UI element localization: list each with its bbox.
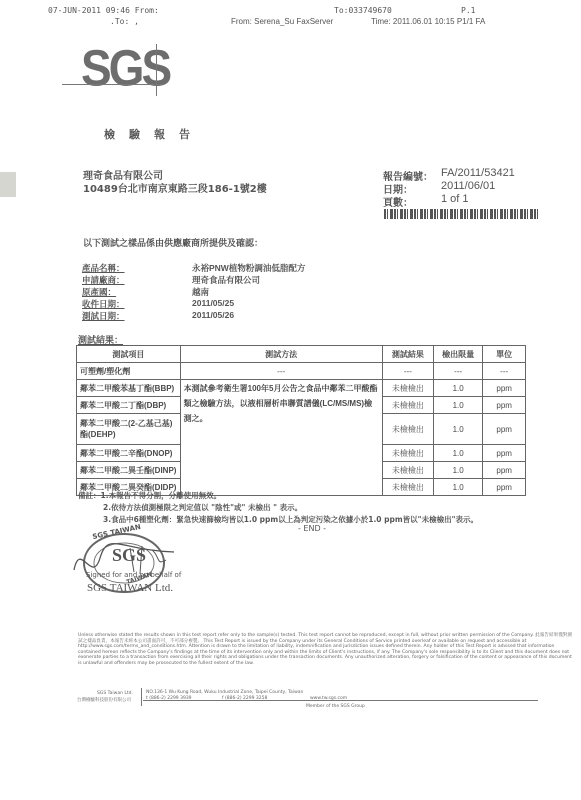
field-value-test-date: 2011/05/26 — [192, 310, 234, 320]
footer-company-en: SGS Taiwan Ltd. — [97, 691, 133, 696]
end-mark: - END - — [298, 524, 326, 533]
cell-item: 鄰苯二甲酸二(2-乙基己基)酯(DEHP) — [77, 414, 181, 445]
footer-member: Member of the SGS Group — [306, 704, 365, 709]
client-address: 10489台北市南京東路三段186-1號2樓 — [83, 180, 267, 195]
fax-page: P.1 — [461, 6, 475, 15]
fax-to-number: To:033749670 — [334, 6, 392, 15]
note-1: 備註：1.本報告不得分割，分離使用無效。 — [78, 490, 221, 501]
cell-method: --- — [180, 363, 382, 380]
header-lod: 檢出限量 — [433, 346, 482, 363]
cell-unit: ppm — [483, 397, 526, 414]
signature-company: SGS TAIWAN Ltd. — [87, 582, 173, 594]
field-value-origin: 越南 — [192, 286, 209, 298]
field-label-origin: 原產國： — [82, 286, 116, 298]
cell-item: 鄰苯二甲酸苯基丁酯(BBP) — [77, 380, 181, 397]
scan-margin-artifact — [0, 172, 16, 197]
cell-unit: ppm — [483, 462, 526, 479]
footer-address: NO.136-1 Wu Kung Road, Wuku Industrial Z… — [146, 690, 303, 695]
signed-on-behalf-text: Signed for and on behalf of — [86, 571, 181, 579]
report-pages-value: 1 of 1 — [441, 193, 469, 205]
fax-sent-line: 07-JUN-2011 09:46 From: — [48, 6, 159, 15]
cell-unit: ppm — [483, 414, 526, 445]
cell-result: 未檢檢出 — [382, 479, 433, 496]
report-title: 檢驗報告 — [104, 126, 204, 142]
table-header-row: 測試項目 測試方法 測試結果 檢出限量 單位 — [77, 346, 526, 363]
table-row: 可塑劑/塑化劑 --- --- --- --- — [77, 363, 526, 380]
cell-unit: ppm — [483, 445, 526, 462]
intro-text: 以下測試之樣品係由供應廠商所提供及確認： — [83, 236, 263, 249]
cell-item: 鄰苯二甲酸二丁酯(DBP) — [77, 397, 181, 414]
cell-item: 鄰苯二甲酸二異壬酯(DINP) — [77, 462, 181, 479]
footer-rule — [143, 700, 538, 701]
cell-lod: 1.0 — [433, 462, 482, 479]
footer-company-zh: 台灣檢驗科技股份有限公司 — [77, 697, 131, 703]
field-value-applicant: 理奇食品有限公司 — [192, 274, 260, 286]
cell-lod: 1.0 — [433, 414, 482, 445]
footer-divider — [141, 688, 142, 706]
note-3: 3.食品中6種塑化劑：緊急快速篩檢均皆以1.0 ppm以上為判定污染之依據小於1… — [103, 514, 478, 525]
field-label-product: 產品名稱： — [82, 262, 125, 274]
report-number-value: FA/2011/53421 — [441, 167, 515, 179]
barcode — [384, 209, 539, 219]
cell-result: 未檢檢出 — [382, 414, 433, 445]
cell-method-description: 本測試參考衛生署100年5月公告之食品中鄰苯二甲酸酯類之檢驗方法，以液相層析串聯… — [180, 380, 382, 496]
cell-item: 鄰苯二甲酸二辛酯(DNOP) — [77, 445, 181, 462]
cell-result: 未檢檢出 — [382, 397, 433, 414]
header-item: 測試項目 — [77, 346, 181, 363]
cell-unit: --- — [483, 363, 526, 380]
logo-rule — [62, 84, 162, 85]
terms-fine-print: Unless otherwise stated the results show… — [78, 633, 573, 667]
report-date-value: 2011/06/01 — [441, 180, 495, 192]
cell-result: 未檢檢出 — [382, 462, 433, 479]
field-value-product: 永裕PNW植物粉調油低脂配方 — [192, 262, 305, 274]
fax-to-line: .To: , — [110, 17, 139, 26]
field-label-applicant: 申請廠商： — [82, 274, 125, 286]
table-row: 鄰苯二甲酸苯基丁酯(BBP) 本測試參考衛生署100年5月公告之食品中鄰苯二甲酸… — [77, 380, 526, 397]
cell-unit: ppm — [483, 380, 526, 397]
cell-lod: 1.0 — [433, 445, 482, 462]
cell-result: 未檢檢出 — [382, 380, 433, 397]
cell-item: 可塑劑/塑化劑 — [77, 363, 181, 380]
field-value-received: 2011/05/25 — [192, 298, 234, 308]
header-method: 測試方法 — [180, 346, 382, 363]
field-label-received: 收件日期： — [82, 298, 125, 310]
logo-rule-vertical — [156, 44, 157, 96]
cell-result: --- — [382, 363, 433, 380]
cell-lod: 1.0 — [433, 397, 482, 414]
fax-time: Time: 2011.06.01 10:15 P1/1 FA — [371, 17, 485, 26]
results-table: 測試項目 測試方法 測試結果 檢出限量 單位 可塑劑/塑化劑 --- --- -… — [76, 345, 526, 496]
note-2: 2.依待方法偵測極限之判定值以 "陰性"或" 未檢出 " 表示。 — [103, 502, 302, 513]
field-label-test-date: 測試日期： — [82, 310, 125, 322]
report-pages-label: 頁數： — [383, 194, 413, 209]
stamp-center-text: SGS — [112, 545, 146, 566]
cell-lod: 1.0 — [433, 479, 482, 496]
cell-lod: --- — [433, 363, 482, 380]
cell-lod: 1.0 — [433, 380, 482, 397]
cell-result: 未檢檢出 — [382, 445, 433, 462]
header-result: 測試結果 — [382, 346, 433, 363]
header-unit: 單位 — [483, 346, 526, 363]
fax-from-server: From: Serena_Su FaxServer — [231, 17, 333, 26]
cell-unit: ppm — [483, 479, 526, 496]
